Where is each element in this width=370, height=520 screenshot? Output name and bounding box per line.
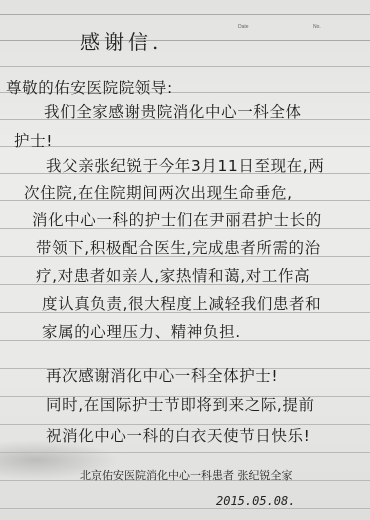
letter-line: 度认真负责,很大程度上减轻我们患者和	[42, 292, 321, 314]
letter-line: 同时,在国际护士节即将到来之际,提前	[46, 393, 315, 415]
letter-line: 消化中心一科的护士们在尹丽君护士长的	[32, 208, 322, 230]
letter-line: 我父亲张纪锐于今年3月11日至现在,两	[46, 154, 324, 176]
letter-line: 带领下,积极配合医生,完成患者所需的治	[36, 236, 321, 258]
letter-line: 护士!	[14, 129, 53, 151]
letter-line: 祝消化中心一科的白衣天使节日快乐!	[46, 424, 310, 446]
letter-line: 疗,对患者如亲人,家热情和蔼,对工作高	[36, 264, 310, 286]
ruled-line	[0, 146, 370, 147]
number-label: No.	[313, 24, 321, 30]
date-label: Date	[238, 24, 249, 30]
letter-title: 感谢信.	[80, 26, 162, 55]
letter-date: 2015.05.08.	[216, 494, 295, 508]
salutation: 尊敬的佑安医院院领导:	[6, 76, 173, 98]
letter-line: 家属的心理压力、精神负担.	[42, 320, 241, 342]
signature: 北京佑安医院消化中心一科患者 张纪锐全家	[80, 467, 293, 483]
ruled-line	[0, 40, 370, 41]
ruled-line	[0, 452, 370, 453]
letter-line: 次住院,在住院期间两次出现生命垂危,	[24, 181, 293, 203]
ruled-line	[0, 508, 370, 509]
letter-line: 我们全家感谢贵院消化中心一科全体	[44, 100, 302, 122]
ruled-line	[0, 66, 370, 67]
letter-line: 再次感谢消化中心一科全体护士!	[46, 364, 278, 386]
letter-page: Date No. 感谢信. 尊敬的佑安医院院领导: 我们全家感谢贵院消化中心一科…	[0, 0, 370, 520]
ruled-line	[0, 14, 370, 15]
